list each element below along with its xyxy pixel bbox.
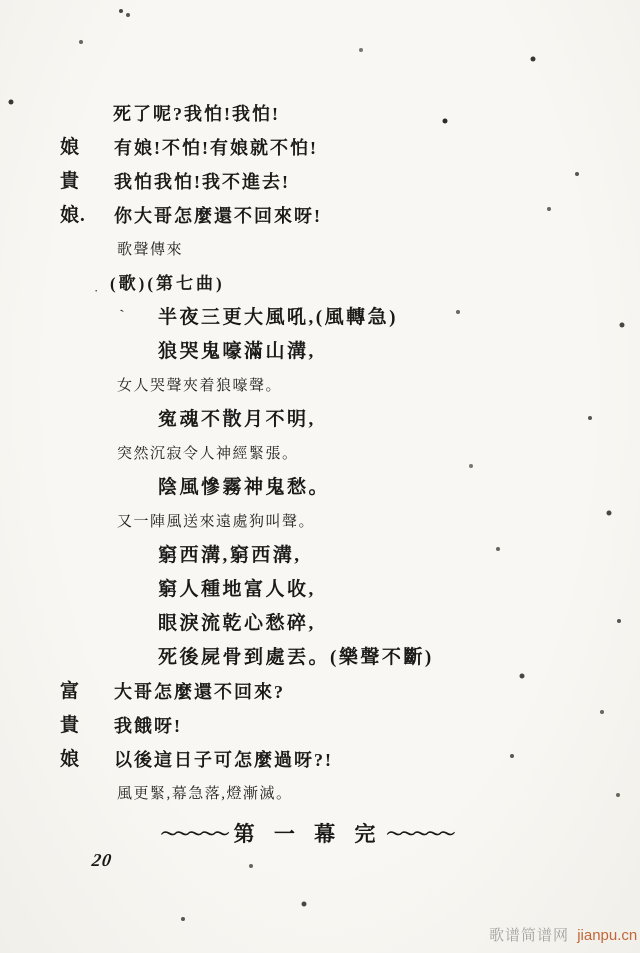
line-text: 大哥怎麼還不回來?	[114, 679, 285, 705]
act-end-label: 第 一 幕 完	[234, 818, 383, 848]
line-text: 狼哭鬼嚎滿山溝,	[158, 339, 316, 365]
speaker-label: 娘	[60, 135, 80, 161]
script-line-dialogue: 貴我餓呀!	[0, 713, 640, 747]
script-line-song_line: 眼淚流乾心愁碎,	[0, 611, 640, 645]
script-line-direction: 突然沉寂令人神經緊張。	[0, 441, 640, 475]
script-line-song_line: 死後屍骨到處丟。(樂聲不斷)	[0, 645, 640, 679]
script-line-dialogue: 娘以後這日子可怎麼過呀?!	[0, 747, 640, 781]
squiggle-right: ～～～～～	[386, 820, 451, 845]
page-number: 20	[91, 850, 114, 871]
scanned-script-page: · ` 死了呢?我怕!我怕!娘有娘!不怕!有娘就不怕!貴我怕我怕!我不進去!娘.…	[0, 0, 640, 953]
script-line-song_line: 窮西溝,窮西溝,	[0, 543, 640, 577]
watermark: 歌谱简谱网 jianpu.cn	[489, 924, 637, 945]
line-text: 陰風慘霧神鬼愁。	[158, 475, 330, 501]
line-text: 死後屍骨到處丟。(樂聲不斷)	[158, 645, 434, 671]
act-end-marker: ～～～～～ 第 一 幕 完 ～～～～～	[0, 818, 626, 848]
watermark-site-name: 歌谱简谱网	[489, 927, 569, 944]
line-text: 窮西溝,窮西溝,	[158, 543, 302, 569]
script-line-dialogue: 富大哥怎麼還不回來?	[0, 679, 640, 713]
line-text: 眼淚流乾心愁碎,	[158, 611, 316, 637]
line-text: 以後這日子可怎麼過呀?!	[114, 747, 333, 773]
script-line-song_line: 窮人種地富人收,	[0, 577, 640, 611]
script-line-direction: 又一陣風送來遠處狗叫聲。	[0, 509, 640, 543]
speaker-label: 貴	[60, 169, 80, 195]
script-line-song_line: 陰風慘霧神鬼愁。	[0, 475, 640, 509]
line-text: (歌)(第七曲)	[110, 271, 225, 297]
script-line-direction: 女人哭聲夾着狼嚎聲。	[0, 373, 640, 407]
script-line-song_line: 寃魂不散月不明,	[0, 407, 640, 441]
line-text: 寃魂不散月不明,	[158, 407, 316, 433]
script-line-song_header: (歌)(第七曲)	[0, 271, 640, 305]
script-line-dialogue: 娘有娘!不怕!有娘就不怕!	[0, 135, 640, 169]
line-text: 風更緊,幕急落,燈漸滅。	[117, 781, 293, 807]
line-text: 我怕我怕!我不進去!	[114, 169, 290, 195]
script-line-song_line: 半夜三更大風吼,(風轉急)	[0, 305, 640, 339]
script-line-dialogue: 娘.你大哥怎麼還不回來呀!	[0, 203, 640, 237]
script-line-song_line: 狼哭鬼嚎滿山溝,	[0, 339, 640, 373]
speaker-label: 富	[60, 679, 80, 705]
line-text: 又一陣風送來遠處狗叫聲。	[117, 509, 315, 535]
speaker-label: 貴	[60, 713, 80, 739]
speaker-label: 娘	[60, 747, 80, 773]
speaker-label: 娘.	[60, 203, 86, 229]
squiggle-left: ～～～～～	[161, 820, 226, 845]
line-text: 窮人種地富人收,	[158, 577, 316, 603]
script-line-direction: 風更緊,幕急落,燈漸滅。	[0, 781, 640, 815]
line-text: 半夜三更大風吼,(風轉急)	[158, 305, 398, 331]
line-text: 女人哭聲夾着狼嚎聲。	[117, 373, 282, 399]
script-text-block: 死了呢?我怕!我怕!娘有娘!不怕!有娘就不怕!貴我怕我怕!我不進去!娘.你大哥怎…	[0, 101, 640, 815]
script-line-dialogue: 貴我怕我怕!我不進去!	[0, 169, 640, 203]
scan-noise-specks	[0, 0, 2, 2]
line-text: 死了呢?我怕!我怕!	[113, 101, 280, 127]
line-text: 突然沉寂令人神經緊張。	[117, 441, 299, 467]
line-text: 你大哥怎麼還不回來呀!	[114, 203, 322, 229]
line-text: 歌聲傳來	[117, 237, 183, 263]
line-text: 我餓呀!	[114, 713, 182, 739]
line-text: 有娘!不怕!有娘就不怕!	[114, 135, 318, 161]
script-line-continuation: 死了呢?我怕!我怕!	[0, 101, 640, 135]
watermark-site-url: jianpu.cn	[577, 927, 637, 944]
script-line-direction: 歌聲傳來	[0, 237, 640, 271]
